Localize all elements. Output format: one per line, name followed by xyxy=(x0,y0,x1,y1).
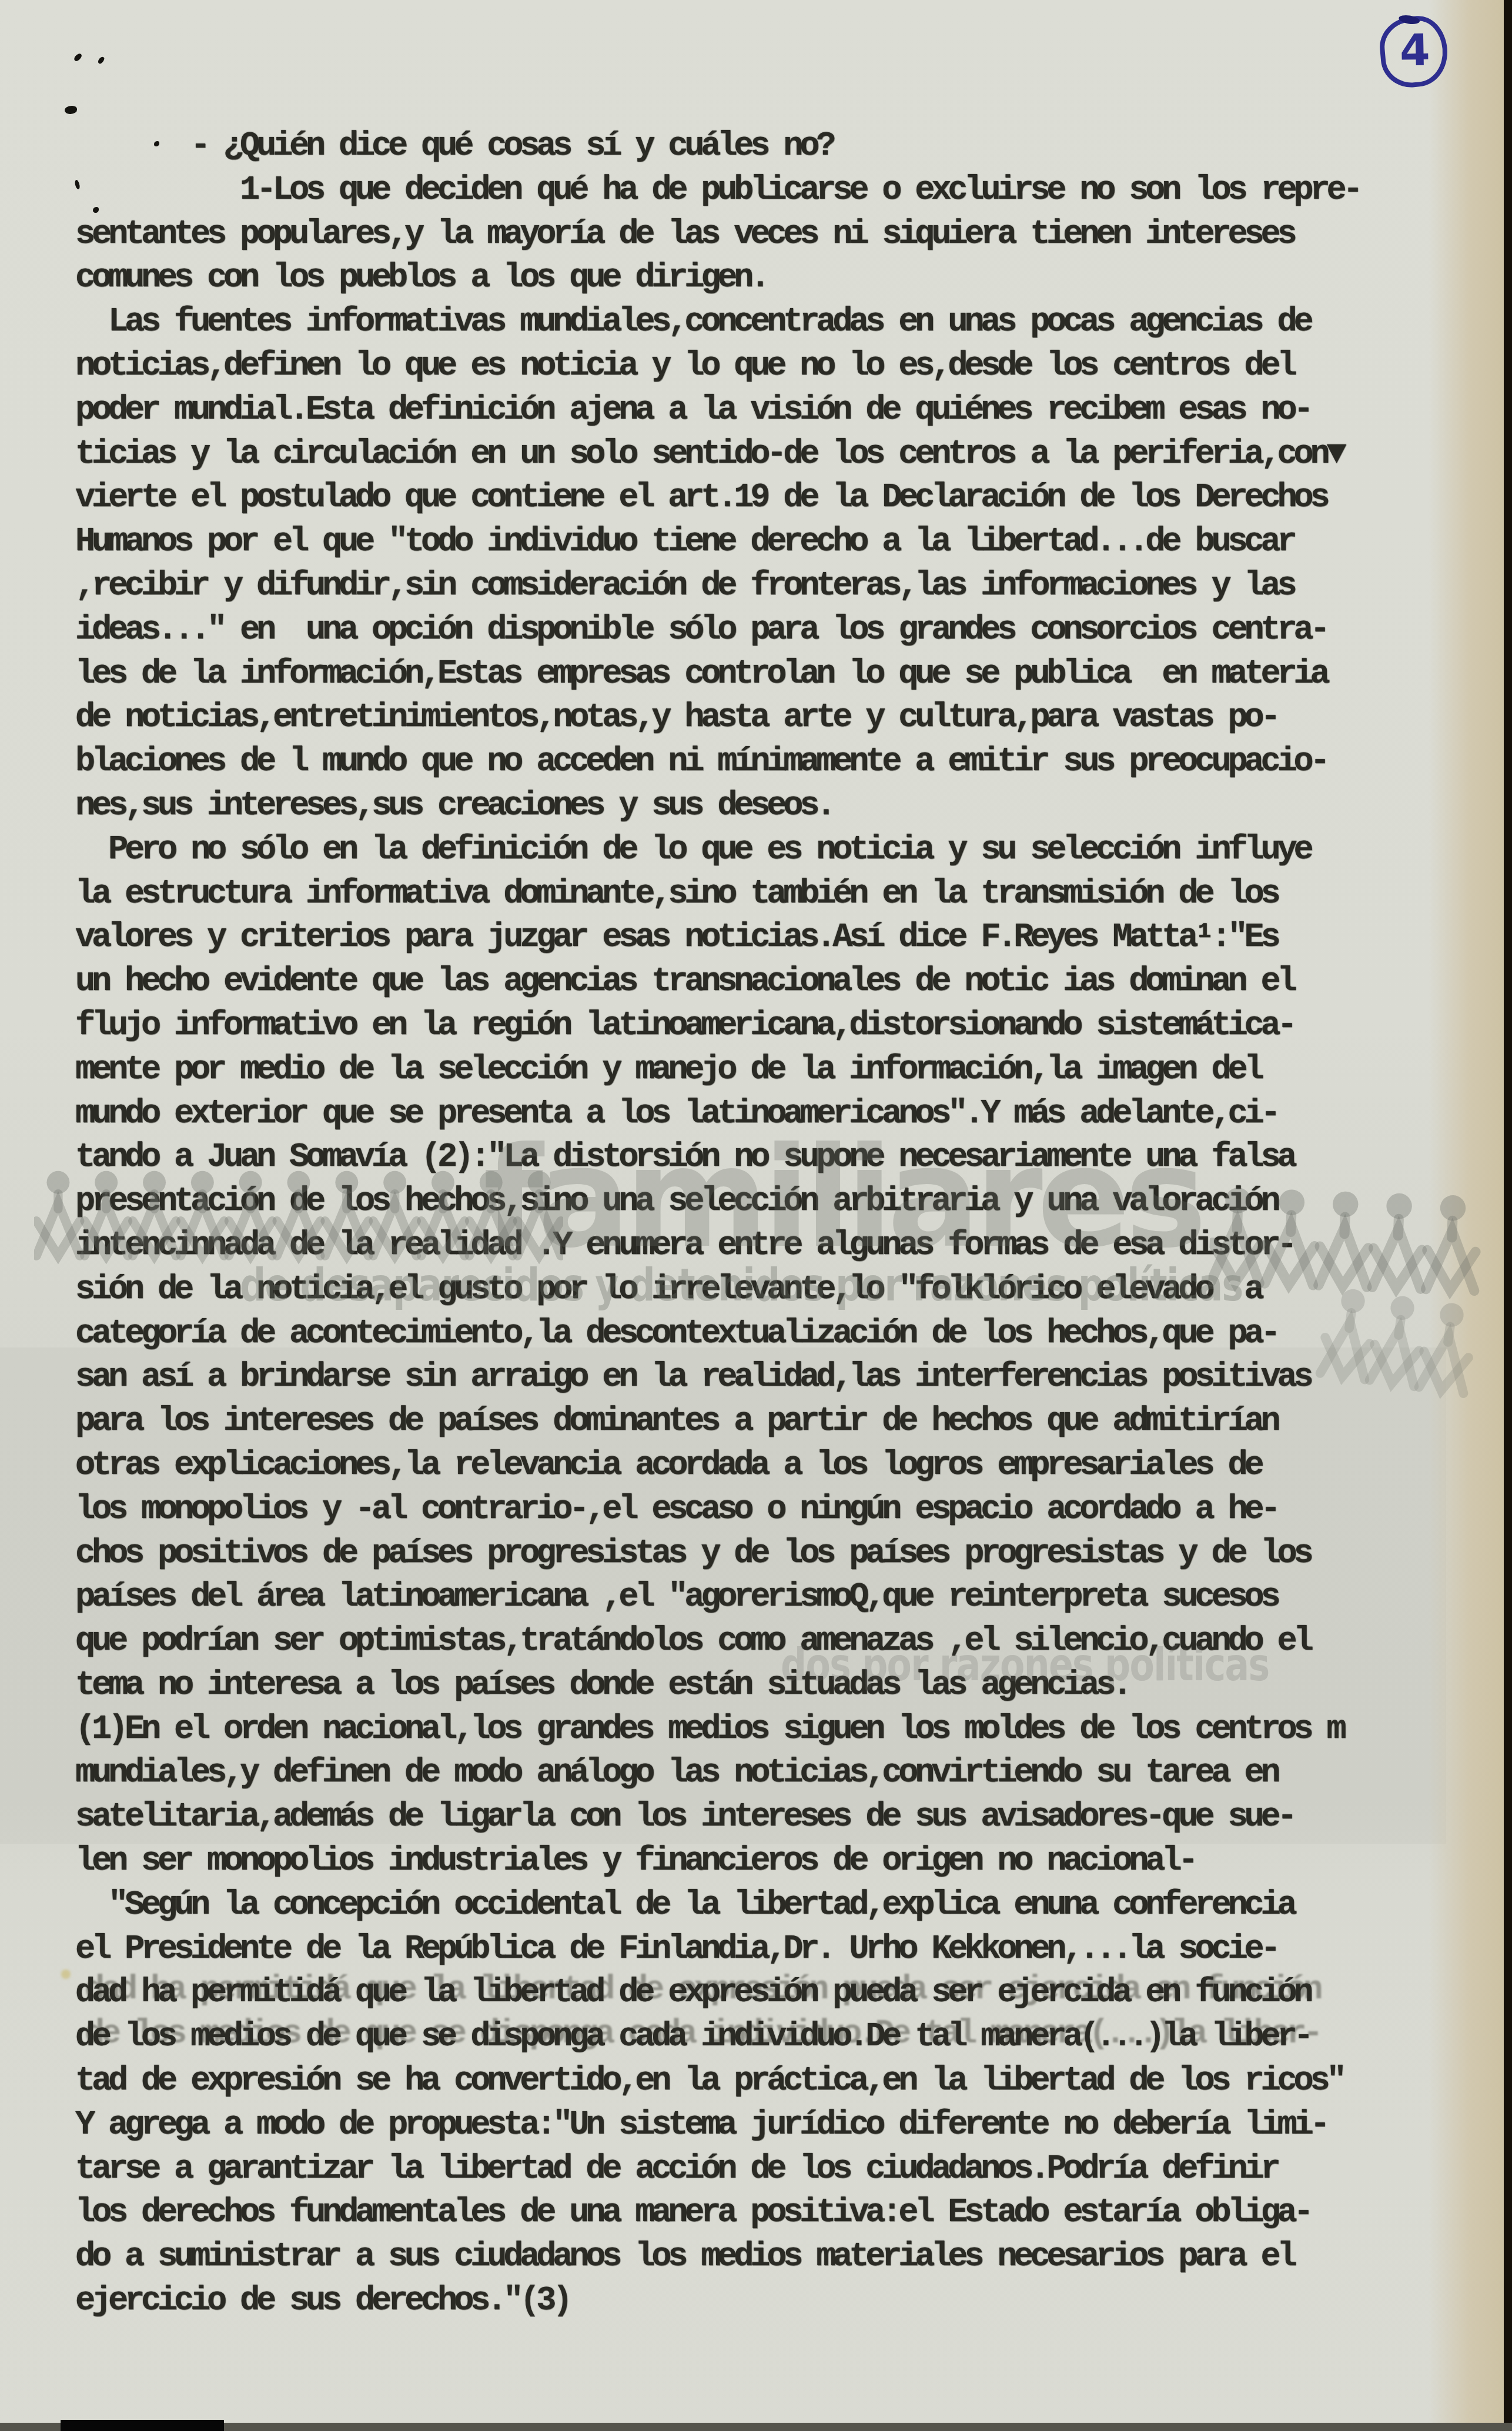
text-line: ejercicio de sus derechos."(3) xyxy=(75,2279,1439,2323)
text-line: que podrían ser optimistas,tratándolos c… xyxy=(75,1620,1439,1664)
text-line: tema no interesa a los países donde está… xyxy=(75,1664,1439,1708)
text-line: Y agrega a modo de propuesta:"Un sistema… xyxy=(75,2104,1439,2148)
text-line: tando a Juan Somavía (2):"La distorsión … xyxy=(75,1136,1439,1180)
text-line: poder mundial.Esta definición ajena a la… xyxy=(75,389,1439,433)
text-line: 1-Los que deciden qué ha de publicarse o… xyxy=(75,169,1439,213)
text-line: valores y criterios para juzgar esas not… xyxy=(75,916,1439,960)
text-line: de los medios de que se disponga cada in… xyxy=(75,2015,1439,2059)
text-line: los derechos fundamentales de una manera… xyxy=(75,2191,1439,2235)
ink-speck xyxy=(73,52,82,62)
text-line: ticias y la circulación en un solo senti… xyxy=(75,433,1439,477)
text-line: do a suministrar a sus ciudadanos los me… xyxy=(75,2235,1439,2279)
text-line: países del área latinoamericana ,el "ago… xyxy=(75,1576,1439,1620)
text-line: "Según la concepción occidental de la li… xyxy=(75,1884,1439,1928)
text-line: tad de expresión se ha convertido,en la … xyxy=(75,2059,1439,2104)
text-line: comunes con los pueblos a los que dirige… xyxy=(75,256,1439,300)
text-line: presentación de los hechos,sino una sele… xyxy=(75,1180,1439,1224)
text-line: mundo exterior que se presenta a los lat… xyxy=(75,1092,1439,1136)
text-line: Humanos por el que "todo individuo tiene… xyxy=(75,520,1439,564)
text-line: dad ha permitidá que la libertad de expr… xyxy=(75,1971,1439,2015)
text-line: los monopolios y -al contrario-,el escas… xyxy=(75,1488,1439,1532)
text-line: intencinnada de la realidad .Y enumera e… xyxy=(75,1224,1439,1268)
text-line: categoría de acontecimiento,la descontex… xyxy=(75,1312,1439,1356)
scan-right-edge xyxy=(1504,0,1512,2431)
ink-speck xyxy=(97,56,105,65)
text-line: noticias,definen lo que es noticia y lo … xyxy=(75,345,1439,389)
text-line: sión de la noticia,el gusto por lo irrel… xyxy=(75,1268,1439,1312)
text-line: nes,sus intereses,sus creaciones y sus d… xyxy=(75,784,1439,828)
text-line: chos positivos de países progresistas y … xyxy=(75,1532,1439,1576)
text-line: (1)En el orden nacional,los grandes medi… xyxy=(75,1708,1439,1752)
text-line: un hecho evidente que las agencias trans… xyxy=(75,960,1439,1004)
scanned-document-page: - ¿Quién dice qué cosas sí y cuáles no? … xyxy=(0,0,1512,2431)
text-line: blaciones de l mundo que no acceden ni m… xyxy=(75,740,1439,784)
text-line: el Presidente de la República de Finland… xyxy=(75,1928,1439,1972)
text-line: vierte el postulado que contiene el art.… xyxy=(75,476,1439,520)
ink-speck xyxy=(65,106,77,114)
text-line: otras explicaciones,la relevancia acorda… xyxy=(75,1444,1439,1488)
page-edge-beige-band xyxy=(1429,0,1504,2431)
text-line: les de la información,Estas empresas con… xyxy=(75,653,1439,697)
text-line: Pero no sólo en la definición de lo que … xyxy=(75,828,1439,872)
text-line: ideas..." en una opción disponible sólo … xyxy=(75,608,1439,653)
text-line: sentantes populares,y la mayoría de las … xyxy=(75,213,1439,257)
text-line: mente por medio de la selección y manejo… xyxy=(75,1048,1439,1092)
text-line: san así a brindarse sin arraigo en la re… xyxy=(75,1356,1439,1400)
text-line: la estructura informativa dominante,sino… xyxy=(75,872,1439,917)
scan-bottom-strip xyxy=(0,2423,1512,2431)
text-line: Las fuentes informativas mundiales,conce… xyxy=(75,300,1439,345)
text-line: len ser monopolios industriales y financ… xyxy=(75,1840,1439,1884)
paper-stain xyxy=(61,1969,71,1979)
text-line: flujo informativo en la región latinoame… xyxy=(75,1004,1439,1048)
text-line: mundiales,y definen de modo análogo las … xyxy=(75,1751,1439,1795)
text-line: de noticias,entretinimientos,notas,y has… xyxy=(75,696,1439,740)
text-line: - ¿Quién dice qué cosas sí y cuáles no? xyxy=(75,125,1439,169)
typewritten-text-block: - ¿Quién dice qué cosas sí y cuáles no? … xyxy=(75,125,1439,2323)
page-number: 4 xyxy=(1399,25,1430,76)
text-line: ,recibir y difundir,sin comsideración de… xyxy=(75,564,1439,608)
scan-bottom-black-mark xyxy=(61,2420,224,2431)
text-line: para los intereses de países dominantes … xyxy=(75,1400,1439,1444)
text-line: satelitaria,además de ligarla con los in… xyxy=(75,1795,1439,1840)
text-line: tarse a garantizar la libertad de acción… xyxy=(75,2148,1439,2192)
